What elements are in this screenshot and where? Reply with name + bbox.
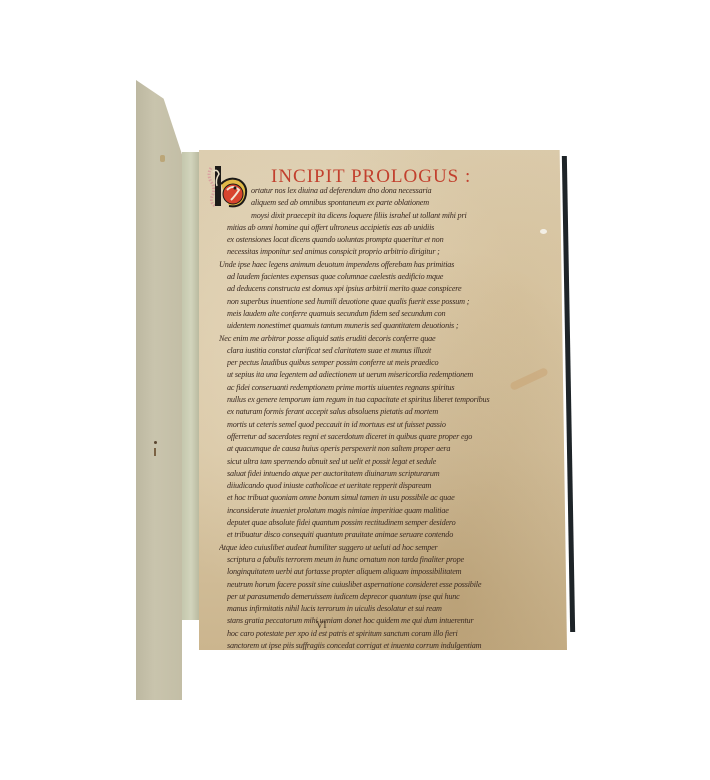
text-line: meis laudem alte conferre quamuis secund… bbox=[227, 308, 557, 320]
text-line: ex ostensiones locat dicens quando uolun… bbox=[227, 234, 557, 246]
text-line: et tribuatur disco consequiti quantum pr… bbox=[227, 529, 557, 541]
manuscript-photo: INCIPIT PROLOGUS : ortatur nos lex diuin… bbox=[0, 0, 710, 780]
text-line: nullus ex genere temporum iam regum in t… bbox=[227, 394, 557, 406]
text-line: clara iustitia constat clarificat sed cl… bbox=[227, 345, 557, 357]
text-line: non superbus inuentione sed humili deuot… bbox=[227, 296, 557, 308]
text-line: mitias ab omni homine qui offert ultrone… bbox=[227, 222, 557, 234]
text-line: ex naturam formis ferant accepit salus a… bbox=[227, 406, 557, 418]
manuscript-text: ortatur nos lex diuina ad deferendum dno… bbox=[227, 185, 557, 714]
text-line: longinquitatem uerbi aut fortasse propte… bbox=[227, 566, 557, 578]
text-line: uidentem nonestimet quamuis tantum muner… bbox=[227, 320, 557, 332]
flyleaf-ink-mark bbox=[154, 448, 156, 456]
text-line: stans gratia peccatorum mihi ueniam done… bbox=[227, 615, 557, 627]
text-line: scriptura a fabulis terrorem meum in hun… bbox=[227, 554, 557, 566]
text-line: ortatur nos lex diuina ad deferendum dno… bbox=[227, 185, 557, 197]
text-line: per ut parasumendo demeruissem iudicem d… bbox=[227, 591, 557, 603]
text-line: manus infirmitatis nihil lucis terrorum … bbox=[227, 603, 557, 615]
text-line: sanctorem ut ipse piis suffragiis conced… bbox=[227, 640, 557, 652]
text-line: aliquem sed ab omnibus spontaneum ex par… bbox=[227, 197, 557, 209]
manuscript-folio: INCIPIT PROLOGUS : ortatur nos lex diuin… bbox=[199, 150, 567, 650]
text-line: inconsiderate inueniet prolatum magis ni… bbox=[227, 505, 557, 517]
text-line: deputet quae absolute fidei quantum poss… bbox=[227, 517, 557, 529]
text-line: ad deducens constructa est domus xpi ips… bbox=[227, 283, 557, 295]
text-line: Atque ideo cuiuslibet audeat humiliter s… bbox=[219, 542, 557, 554]
text-line: Unde ipse haec legens animum deuotum imp… bbox=[219, 259, 557, 271]
text-line: ordinem teneat et figuras modo sullas ub… bbox=[227, 665, 557, 677]
folio-number: VI bbox=[316, 620, 327, 631]
text-line: ac fidei conseruanti redemptionem prime … bbox=[227, 382, 557, 394]
text-line: offerretur ad sacerdotes regni et sacerd… bbox=[227, 431, 557, 443]
left-flyleaf bbox=[136, 80, 182, 700]
text-line: priorum pertrat sed ut lectionis ueniatu… bbox=[227, 677, 557, 689]
text-line: at quacumque de causa huius operis persp… bbox=[227, 443, 557, 455]
text-line: causis figuratae ratione inter sequentes… bbox=[227, 689, 557, 701]
flyleaf-stain bbox=[160, 155, 165, 162]
text-line: et hoc tribuat quoniam omne bonum simul … bbox=[227, 492, 557, 504]
text-line: Nec enim me arbitror posse aliquid satis… bbox=[219, 333, 557, 345]
text-line: fuerit nullius expositione eius simul ut… bbox=[227, 701, 557, 713]
text-line: moysi dixit praecepit ita dicens loquere… bbox=[227, 210, 557, 222]
text-line: ad laudem facientes expensas quae column… bbox=[227, 271, 557, 283]
text-line: tribuat ; Decetero autem moneo lectorem … bbox=[227, 652, 557, 664]
text-line: mortis ut ceteris semel quod peccauit in… bbox=[227, 419, 557, 431]
text-line: neutrum horum facere possit sine cuiusli… bbox=[227, 579, 557, 591]
text-line: hoc caro potestate per xpo id est patris… bbox=[227, 628, 557, 640]
text-line: per pectus laudibus quibus semper possim… bbox=[227, 357, 557, 369]
flyleaf-ink-dot bbox=[154, 441, 157, 444]
binding-gutter bbox=[182, 152, 200, 620]
text-line: ut sepius ita una legentem ad adiectione… bbox=[227, 369, 557, 381]
text-line: saluat fidei intuendo atque per auctorit… bbox=[227, 468, 557, 480]
text-line: sicut ultra tam spernendo abnuit sed ut … bbox=[227, 456, 557, 468]
text-line: diiudicando quod iniuste catholicae et u… bbox=[227, 480, 557, 492]
text-line: necessitas imponitur sed animus conspici… bbox=[227, 246, 557, 258]
